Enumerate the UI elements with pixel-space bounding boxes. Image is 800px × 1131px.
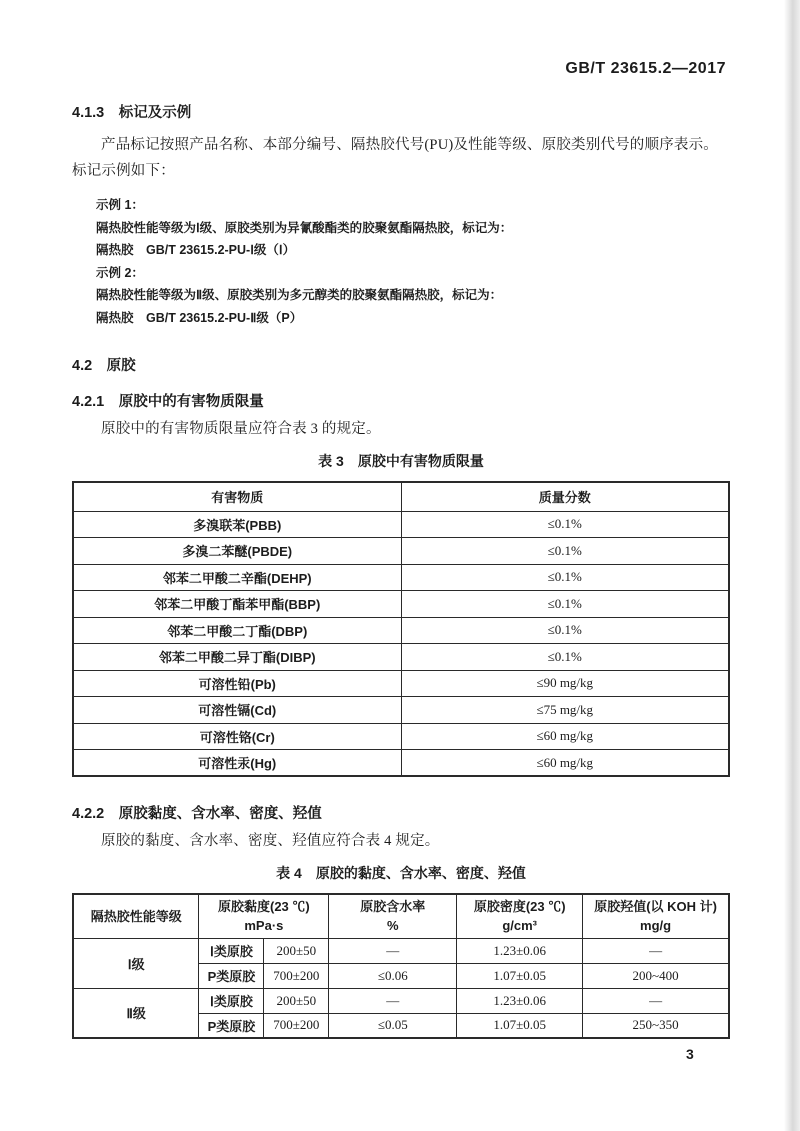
substance-cell: 多溴二苯醚(PBDE) <box>73 538 401 565</box>
table4-raw-rubber-properties: 隔热胶性能等级 原胶黏度(23 ℃) mPa·s 原胶含水率 % 原胶密度(23… <box>72 893 730 1039</box>
substance-cell: 可溶性铬(Cr) <box>73 723 401 750</box>
example1-designation: 隔热胶 GB/T 23615.2-PU-Ⅰ级（Ⅰ） <box>96 239 730 262</box>
table3-header-fraction: 质量分数 <box>401 482 729 511</box>
water-cell: — <box>329 988 457 1013</box>
substance-cell: 可溶性铅(Pb) <box>73 670 401 697</box>
viscosity-cell: 200±50 <box>264 938 329 963</box>
table-row: 邻苯二甲酸二丁酯(DBP)≤0.1% <box>73 617 729 644</box>
density-cell: 1.23±0.06 <box>457 938 583 963</box>
limit-cell: ≤0.1% <box>401 564 729 591</box>
limit-cell: ≤0.1% <box>401 538 729 565</box>
table4-header-row: 隔热胶性能等级 原胶黏度(23 ℃) mPa·s 原胶含水率 % 原胶密度(23… <box>73 894 729 938</box>
example2-label: 示例 2： <box>96 262 730 285</box>
type-cell: Ⅰ类原胶 <box>199 938 264 963</box>
table-row: Ⅰ级 Ⅰ类原胶 200±50 — 1.23±0.06 — <box>73 938 729 963</box>
table-row: 可溶性铬(Cr)≤60 mg/kg <box>73 723 729 750</box>
viscosity-cell: 700±200 <box>264 1013 329 1038</box>
viscosity-title: 原胶黏度(23 ℃) <box>218 899 310 914</box>
table-row: 邻苯二甲酸二辛酯(DEHP)≤0.1% <box>73 564 729 591</box>
paragraph-table4-intro: 原胶的黏度、含水率、密度、羟值应符合表 4 规定。 <box>72 828 730 854</box>
type-cell: Ⅰ类原胶 <box>199 988 264 1013</box>
water-title: 原胶含水率 <box>360 899 425 914</box>
limit-cell: ≤0.1% <box>401 617 729 644</box>
paragraph-marking-rule: 产品标记按照产品名称、本部分编号、隔热胶代号(PU)及性能等级、原胶类别代号的顺… <box>72 132 730 184</box>
table-row: 可溶性镉(Cd)≤75 mg/kg <box>73 697 729 724</box>
table-row: 可溶性汞(Hg)≤60 mg/kg <box>73 750 729 777</box>
table3-hazardous-substances: 有害物质 质量分数 多溴联苯(PBB)≤0.1% 多溴二苯醚(PBDE)≤0.1… <box>72 481 730 777</box>
water-cell: — <box>329 938 457 963</box>
table3-header-row: 有害物质 质量分数 <box>73 482 729 511</box>
examples-block: 示例 1： 隔热胶性能等级为Ⅰ级、原胶类别为异氰酸酯类的胶聚氨酯隔热胶，标记为：… <box>96 194 730 329</box>
water-cell: ≤0.06 <box>329 963 457 988</box>
type-cell: P类原胶 <box>199 1013 264 1038</box>
viscosity-cell: 700±200 <box>264 963 329 988</box>
table-row: 邻苯二甲酸丁酯苯甲酯(BBP)≤0.1% <box>73 591 729 618</box>
density-cell: 1.07±0.05 <box>457 963 583 988</box>
substance-cell: 邻苯二甲酸二丁酯(DBP) <box>73 617 401 644</box>
water-unit: % <box>387 918 399 933</box>
document-page: GB/T 23615.2—2017 4.1.3 标记及示例 产品标记按照产品名称… <box>0 0 800 1131</box>
substance-cell: 可溶性汞(Hg) <box>73 750 401 777</box>
type-cell: P类原胶 <box>199 963 264 988</box>
limit-cell: ≤0.1% <box>401 511 729 538</box>
limit-cell: ≤0.1% <box>401 591 729 618</box>
table4-header-viscosity: 原胶黏度(23 ℃) mPa·s <box>199 894 329 938</box>
density-cell: 1.07±0.05 <box>457 1013 583 1038</box>
example2-description: 隔热胶性能等级为Ⅱ级、原胶类别为多元醇类的胶聚氨酯隔热胶，标记为： <box>96 284 730 307</box>
page-content: 4.1.3 标记及示例 产品标记按照产品名称、本部分编号、隔热胶代号(PU)及性… <box>72 103 730 1039</box>
substance-cell: 多溴联苯(PBB) <box>73 511 401 538</box>
table-row: 多溴二苯醚(PBDE)≤0.1% <box>73 538 729 565</box>
substance-cell: 邻苯二甲酸二辛酯(DEHP) <box>73 564 401 591</box>
table-row: 多溴联苯(PBB)≤0.1% <box>73 511 729 538</box>
density-cell: 1.23±0.06 <box>457 988 583 1013</box>
grade-cell: Ⅰ级 <box>73 938 199 988</box>
paragraph-table3-intro: 原胶中的有害物质限量应符合表 3 的规定。 <box>72 416 730 442</box>
example1-label: 示例 1： <box>96 194 730 217</box>
substance-cell: 邻苯二甲酸丁酯苯甲酯(BBP) <box>73 591 401 618</box>
viscosity-unit: mPa·s <box>244 918 283 933</box>
table-row: Ⅱ级 Ⅰ类原胶 200±50 — 1.23±0.06 — <box>73 988 729 1013</box>
table4-header-grade: 隔热胶性能等级 <box>73 894 199 938</box>
section-heading-4-1-3: 4.1.3 标记及示例 <box>72 103 730 123</box>
limit-cell: ≤90 mg/kg <box>401 670 729 697</box>
limit-cell: ≤60 mg/kg <box>401 750 729 777</box>
hydroxyl-cell: — <box>583 938 729 963</box>
table3-header-substance: 有害物质 <box>73 482 401 511</box>
hydroxyl-unit: mg/g <box>640 918 671 933</box>
substance-cell: 可溶性镉(Cd) <box>73 697 401 724</box>
example1-description: 隔热胶性能等级为Ⅰ级、原胶类别为异氰酸酯类的胶聚氨酯隔热胶，标记为： <box>96 217 730 240</box>
table3-caption: 表 3 原胶中有害物质限量 <box>72 451 730 471</box>
table4-caption: 表 4 原胶的黏度、含水率、密度、羟值 <box>72 863 730 883</box>
substance-cell: 邻苯二甲酸二异丁酯(DIBP) <box>73 644 401 671</box>
table4-header-hydroxyl: 原胶羟值(以 KOH 计) mg/g <box>583 894 729 938</box>
hydroxyl-cell: 250~350 <box>583 1013 729 1038</box>
table-row: 可溶性铅(Pb)≤90 mg/kg <box>73 670 729 697</box>
limit-cell: ≤60 mg/kg <box>401 723 729 750</box>
section-heading-4-2-2: 4.2.2 原胶黏度、含水率、密度、羟值 <box>72 804 730 824</box>
scan-edge-shadow <box>784 0 800 1131</box>
hydroxyl-cell: 200~400 <box>583 963 729 988</box>
grade-cell: Ⅱ级 <box>73 988 199 1038</box>
table-row: 邻苯二甲酸二异丁酯(DIBP)≤0.1% <box>73 644 729 671</box>
page-number: 3 <box>686 1046 694 1062</box>
standard-number: GB/T 23615.2—2017 <box>565 60 726 78</box>
density-title: 原胶密度(23 ℃) <box>474 899 566 914</box>
hydroxyl-cell: — <box>583 988 729 1013</box>
example2-designation: 隔热胶 GB/T 23615.2-PU-Ⅱ级（P） <box>96 307 730 330</box>
water-cell: ≤0.05 <box>329 1013 457 1038</box>
limit-cell: ≤75 mg/kg <box>401 697 729 724</box>
density-unit: g/cm³ <box>502 918 537 933</box>
viscosity-cell: 200±50 <box>264 988 329 1013</box>
table4-header-density: 原胶密度(23 ℃) g/cm³ <box>457 894 583 938</box>
limit-cell: ≤0.1% <box>401 644 729 671</box>
section-heading-4-2-1: 4.2.1 原胶中的有害物质限量 <box>72 392 730 412</box>
table4-header-water: 原胶含水率 % <box>329 894 457 938</box>
hydroxyl-title: 原胶羟值(以 KOH 计) <box>594 899 717 914</box>
section-heading-4-2: 4.2 原胶 <box>72 356 730 376</box>
